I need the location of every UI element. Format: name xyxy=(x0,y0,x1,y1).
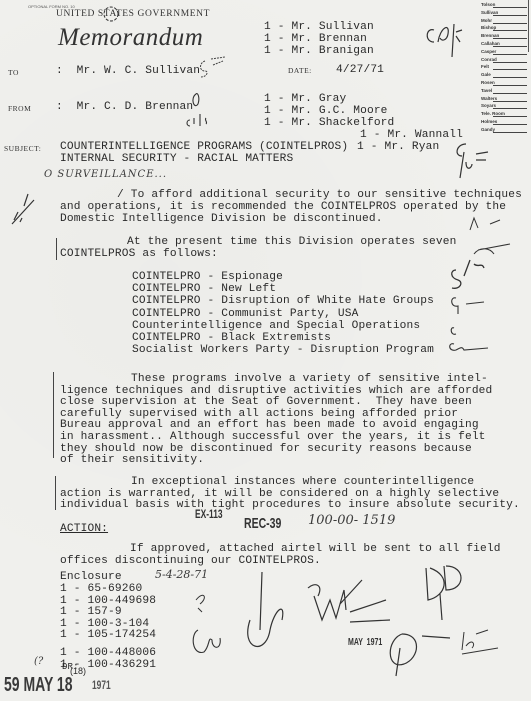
p3-line: they should now be discontinued for secu… xyxy=(60,443,472,455)
subject-label: SUBJECT: xyxy=(4,144,41,153)
routing-slip-row: Casper xyxy=(481,49,531,56)
routing-slip-line xyxy=(493,23,527,24)
memo-page: OPTIONAL FORM NO. 10 UNITED STATES GOVER… xyxy=(0,0,531,701)
margin-bracket xyxy=(53,372,54,458)
received-date-stamp: 59 MAY 18 xyxy=(4,674,73,697)
distribution-item: 1 - Mr. G.C. Moore xyxy=(264,105,388,117)
p3-line: in harassment.. Although successful over… xyxy=(60,431,486,443)
encl-line: 1 - 105-174254 xyxy=(60,629,156,641)
encl-line: 1 - 100-3-104 xyxy=(60,618,149,630)
handwritten-mark-icon xyxy=(195,55,230,83)
routing-slip-row: Holmes xyxy=(481,119,531,126)
distribution-item: 1 - Mr. Sullivan xyxy=(264,21,374,33)
distribution-item: 1 - Mr. Brennan xyxy=(264,33,367,45)
distribution-item: 1 - Mr. Branigan xyxy=(264,45,374,57)
routing-slip-line xyxy=(493,132,527,133)
received-year-stamp: 1971 xyxy=(92,678,111,692)
distribution-item: 1 - Mr. Gray xyxy=(264,93,346,105)
margin-bracket xyxy=(55,476,56,510)
action-line: If approved, attached airtel will be sen… xyxy=(130,543,501,555)
margin-bracket xyxy=(56,238,57,260)
date-label: DATE: xyxy=(288,66,312,75)
routing-slip-row: Tolson xyxy=(481,2,531,9)
p4-line: In exceptional instances where counterin… xyxy=(131,476,474,488)
routing-slip-line xyxy=(493,46,527,47)
encl-line: 1 - 100-448006 xyxy=(60,647,156,659)
programs-line: Counterintelligence and Special Operatio… xyxy=(132,320,420,332)
signatures-icon xyxy=(190,560,470,680)
action-label: ACTION: xyxy=(60,523,108,535)
routing-slip-name: Felt xyxy=(481,64,489,69)
handwritten-mark: (? xyxy=(34,656,43,667)
from-label: FROM xyxy=(8,104,31,113)
routing-slip-line xyxy=(493,93,527,94)
routing-slip-line xyxy=(493,69,527,70)
routing-slip-name: Gale xyxy=(481,72,491,77)
routing-slip-row: Mohr xyxy=(481,18,531,25)
programs-line: COINTELPRO - Espionage xyxy=(132,271,283,283)
to-value: : Mr. W. C. Sullivan xyxy=(56,65,200,77)
routing-slip-name: Tavel xyxy=(481,88,492,93)
programs-line: COINTELPRO - New Left xyxy=(132,283,276,295)
routing-slip-row: Gandy xyxy=(481,127,531,134)
routing-slip-row: Tele. Room xyxy=(481,111,531,118)
subject-line-1: COUNTERINTELLIGENCE PROGRAMS (COINTELPRO… xyxy=(60,141,348,153)
routing-slip-line xyxy=(493,7,527,8)
paragraph-2-line: COINTELPROS as follows: xyxy=(60,248,218,260)
handwritten-annotations-icon xyxy=(440,210,531,360)
routing-slip-line xyxy=(493,77,527,78)
received-date-sub: (18) xyxy=(70,666,86,676)
p3-line: close supervision at the Seat of Governm… xyxy=(60,396,472,408)
p3-line: These programs involve a variety of sens… xyxy=(131,373,488,385)
handwritten-initials-icon xyxy=(420,12,475,62)
memo-title: Memorandum xyxy=(58,24,203,52)
ex-stamp: EX-113 xyxy=(195,507,223,521)
enclosure-label: Enclosure xyxy=(60,571,122,583)
routing-slip-line xyxy=(493,116,527,117)
file-number-handwritten: 100-00- 1519 xyxy=(308,513,395,528)
routing-slip-line xyxy=(493,54,527,55)
routing-slip-row: Sullivan xyxy=(481,10,531,17)
routing-slip-line xyxy=(493,108,527,109)
paragraph-2-line: At the present time this Division operat… xyxy=(127,236,456,248)
routing-slip-line xyxy=(493,15,527,16)
routing-slip-row: Conrad xyxy=(481,57,531,64)
routing-slip-row: Walters xyxy=(481,96,531,103)
routing-slip-row: Gale xyxy=(481,72,531,79)
routing-slip-row: Tavel xyxy=(481,88,531,95)
handwritten-note: O SURVEILLANCE... xyxy=(44,169,167,180)
routing-slip-name: Mohr xyxy=(481,18,492,23)
routing-slip-row: Rosen xyxy=(481,80,531,87)
p3-line: ligence techniques and disruptive activi… xyxy=(60,385,492,397)
routing-slip-row: Felt xyxy=(481,64,531,71)
handwritten-initials-icon xyxy=(458,618,508,658)
encl-line: 1 - 65-69260 xyxy=(60,583,142,595)
from-value: : Mr. C. D. Brennan xyxy=(56,101,193,113)
routing-slip-row: Callahan xyxy=(481,41,531,48)
agency-header: UNITED STATES GOVERNMENT xyxy=(56,9,210,19)
p4-line: action is warranted, it will be consider… xyxy=(60,488,499,500)
routing-slip-line xyxy=(493,85,527,86)
paragraph-1-line: Domestic Intelligence Division be discon… xyxy=(60,213,383,225)
routing-slip-row: Brennan xyxy=(481,33,531,40)
routing-slip-line xyxy=(493,62,527,63)
handwritten-initials-icon xyxy=(448,138,498,188)
programs-line: COINTELPRO - Communist Party, USA xyxy=(132,308,359,320)
handwritten-initials-icon xyxy=(178,90,218,130)
received-stamp: MAY 1971 xyxy=(348,637,382,648)
routing-slip-row: Bishop xyxy=(481,25,531,32)
rec-stamp: REC-39 xyxy=(244,515,281,532)
p3-line: Bureau approval and an effort has been m… xyxy=(60,419,479,431)
encl-line: 1 - 157-9 xyxy=(60,606,122,618)
distribution-item: 1 - Mr. Ryan xyxy=(357,141,439,153)
margin-mark-icon xyxy=(4,192,40,228)
routing-slip-line xyxy=(493,38,527,39)
p3-line: of their sensitivity. xyxy=(60,454,204,466)
circle-mark-icon xyxy=(100,3,122,25)
paragraph-1-line: / To afford additional security to our s… xyxy=(117,189,522,201)
routing-slip: TolsonSullivanMohrBishopBrennanCallahanC… xyxy=(481,0,531,135)
programs-line: Socialist Workers Party - Disruption Pro… xyxy=(132,344,434,356)
p4-line: individual basis with tight procedures t… xyxy=(60,499,520,511)
date-value: 4/27/71 xyxy=(336,64,384,76)
distribution-item: 1 - Mr. Shackelford xyxy=(264,117,394,129)
routing-slip-row: Soyars xyxy=(481,103,531,110)
p3-line: carefully supervised with all actions be… xyxy=(60,408,458,420)
routing-slip-line xyxy=(493,30,527,31)
subject-line-2: INTERNAL SECURITY - RACIAL MATTERS xyxy=(60,153,293,165)
programs-line: COINTELPRO - Black Extremists xyxy=(132,332,331,344)
to-label: TO xyxy=(8,68,19,77)
encl-line: 1 - 100-449698 xyxy=(60,595,156,607)
programs-line: COINTELPRO - Disruption of White Hate Gr… xyxy=(132,295,434,307)
routing-slip-line xyxy=(493,101,527,102)
routing-slip-line xyxy=(493,124,527,125)
